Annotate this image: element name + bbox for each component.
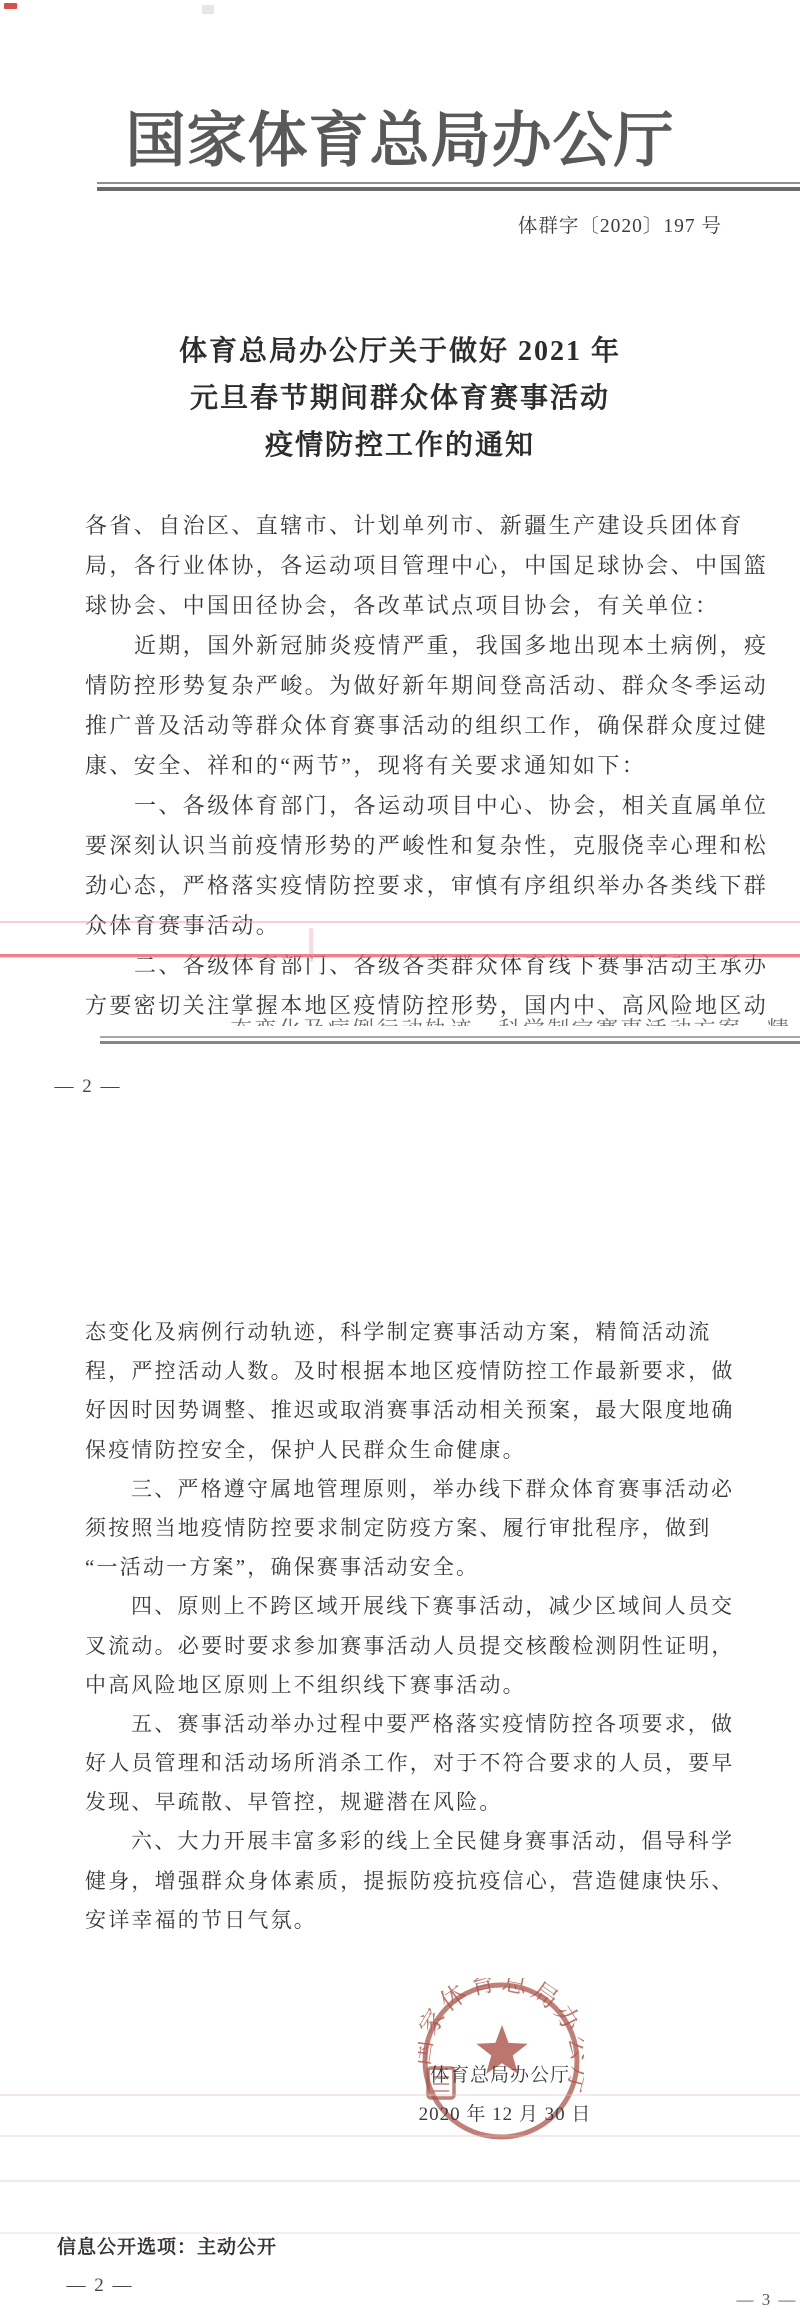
body-line: 三、严格遵守属地管理原则，举办线下群众体育赛事活动必 <box>85 1470 745 1509</box>
body-line: 一、各级体育部门，各运动项目中心、协会，相关直属单位 <box>85 786 765 826</box>
signing-org: 体育总局办公厅 <box>425 2064 575 2088</box>
scan-streak-faint <box>0 2232 800 2234</box>
scan-streak-faint <box>0 2180 800 2182</box>
body-line: 球协会、中国田径协会，各改革试点项目协会，有关单位： <box>85 586 765 626</box>
page1-body: 各省、自治区、直辖市、计划单列市、新疆生产建设兵团体育 局，各行业体协，各运动项… <box>85 506 765 1026</box>
scan-streak-faint <box>0 2135 800 2137</box>
signing-date: 2020 年 12 月 30 日 <box>415 2103 595 2127</box>
body-line: 各省、自治区、直辖市、计划单列市、新疆生产建设兵团体育 <box>85 506 765 546</box>
body-line: 叉流动。必要时要求参加赛事活动人员提交核酸检测阴性证明， <box>85 1627 745 1666</box>
body-line: 程，严控活动人数。及时根据本地区疫情防控工作最新要求，做 <box>85 1352 745 1391</box>
body-line: 劲心态，严格落实疫情防控要求，审慎有序组织举办各类线下群 <box>85 866 765 906</box>
body-line: 要深刻认识当前疫情形势的严峻性和复杂性，克服侥幸心理和松 <box>85 826 765 866</box>
body-line: 情防控形势复杂严峻。为做好新年期间登高活动、群众冬季运动 <box>85 666 765 706</box>
body-line: 健身，增强群众身体素质，提振防疫抗疫信心，营造健康快乐、 <box>85 1862 745 1901</box>
body-line: 保疫情防控安全，保护人民群众生命健康。 <box>85 1431 745 1470</box>
body-line: 四、原则上不跨区域开展线下赛事活动，减少区域间人员交 <box>85 1587 745 1626</box>
clipped-text-edge: 态变化及病例行动轨迹，科学制定赛事活动方案，精简活动流 <box>230 1017 790 1026</box>
body-line: 康、安全、祥和的“两节”，现将有关要求通知如下： <box>85 746 765 786</box>
body-line: 近期，国外新冠肺炎疫情严重，我国多地出现本土病例，疫 <box>85 626 765 666</box>
letterhead-title: 国家体育总局办公厅 <box>0 106 800 176</box>
body-line: 态变化及病例行动轨迹，科学制定赛事活动方案，精简活动流 <box>85 1313 745 1352</box>
scan-smudge <box>202 5 214 14</box>
scan-streak-pink <box>0 921 800 923</box>
letterhead-rule-thin <box>97 182 800 184</box>
letterhead-rule-thick <box>97 187 800 191</box>
body-line: 中高风险地区原则上不组织线下赛事活动。 <box>85 1666 745 1705</box>
scan-red-mark <box>4 3 17 9</box>
document-title: 体育总局办公厅关于做好 2021 年 元旦春节期间群众体育赛事活动 疫情防控工作… <box>0 328 800 469</box>
body-line: 二、各级体育部门、各级各类群众体育线下赛事活动主承办 <box>85 946 765 986</box>
body-line: 安详幸福的节日气氛。 <box>85 1901 745 1940</box>
page-edge-line-thin <box>100 1036 800 1038</box>
body-line: “一活动一方案”，确保赛事活动安全。 <box>85 1548 745 1587</box>
scan-streak-halo <box>0 957 800 958</box>
body-line: 推广普及活动等群众体育赛事活动的组织工作，确保群众度过健 <box>85 706 765 746</box>
body-line: 局，各行业体协，各运动项目管理中心，中国足球协会、中国篮 <box>85 546 765 586</box>
body-line: 众体育赛事活动。 <box>85 906 765 946</box>
page2-body: 态变化及病例行动轨迹，科学制定赛事活动方案，精简活动流 程，严控活动人数。及时根… <box>85 1313 745 1940</box>
title-line-3: 疫情防控工作的通知 <box>0 422 800 469</box>
body-line: 发现、早疏散、早管控，规避潜在风险。 <box>85 1783 745 1822</box>
page2-page-number-right: — 3 — <box>722 2291 800 2309</box>
body-line: 好因时因势调整、推迟或取消赛事活动相关预案，最大限度地确 <box>85 1391 745 1430</box>
page1-page-number: — 2 — <box>38 1076 138 1098</box>
body-line: 好人员管理和活动场所消杀工作，对于不符合要求的人员，要早 <box>85 1744 745 1783</box>
page2-page-number-left: — 2 — <box>55 2276 145 2296</box>
disclosure-option: 信息公开选项：主动公开 <box>57 2236 277 2260</box>
body-line: 六、大力开展丰富多彩的线上全民健身赛事活动，倡导科学 <box>85 1822 745 1861</box>
title-line-1: 体育总局办公厅关于做好 2021 年 <box>0 328 800 375</box>
scan-streak-vertical <box>309 928 313 962</box>
scan-streak-faint <box>0 2094 800 2096</box>
body-line: 须按照当地疫情防控要求制定防疫方案、履行审批程序，做到 <box>85 1509 745 1548</box>
body-line: 五、赛事活动举办过程中要严格落实疫情防控各项要求，做 <box>85 1705 745 1744</box>
scanned-document: 国家体育总局办公厅 体群字〔2020〕197 号 体育总局办公厅关于做好 202… <box>0 0 800 2314</box>
document-number: 体群字〔2020〕197 号 <box>470 215 770 239</box>
title-line-2: 元旦春节期间群众体育赛事活动 <box>0 375 800 422</box>
page-edge-line-thick <box>100 1041 800 1044</box>
